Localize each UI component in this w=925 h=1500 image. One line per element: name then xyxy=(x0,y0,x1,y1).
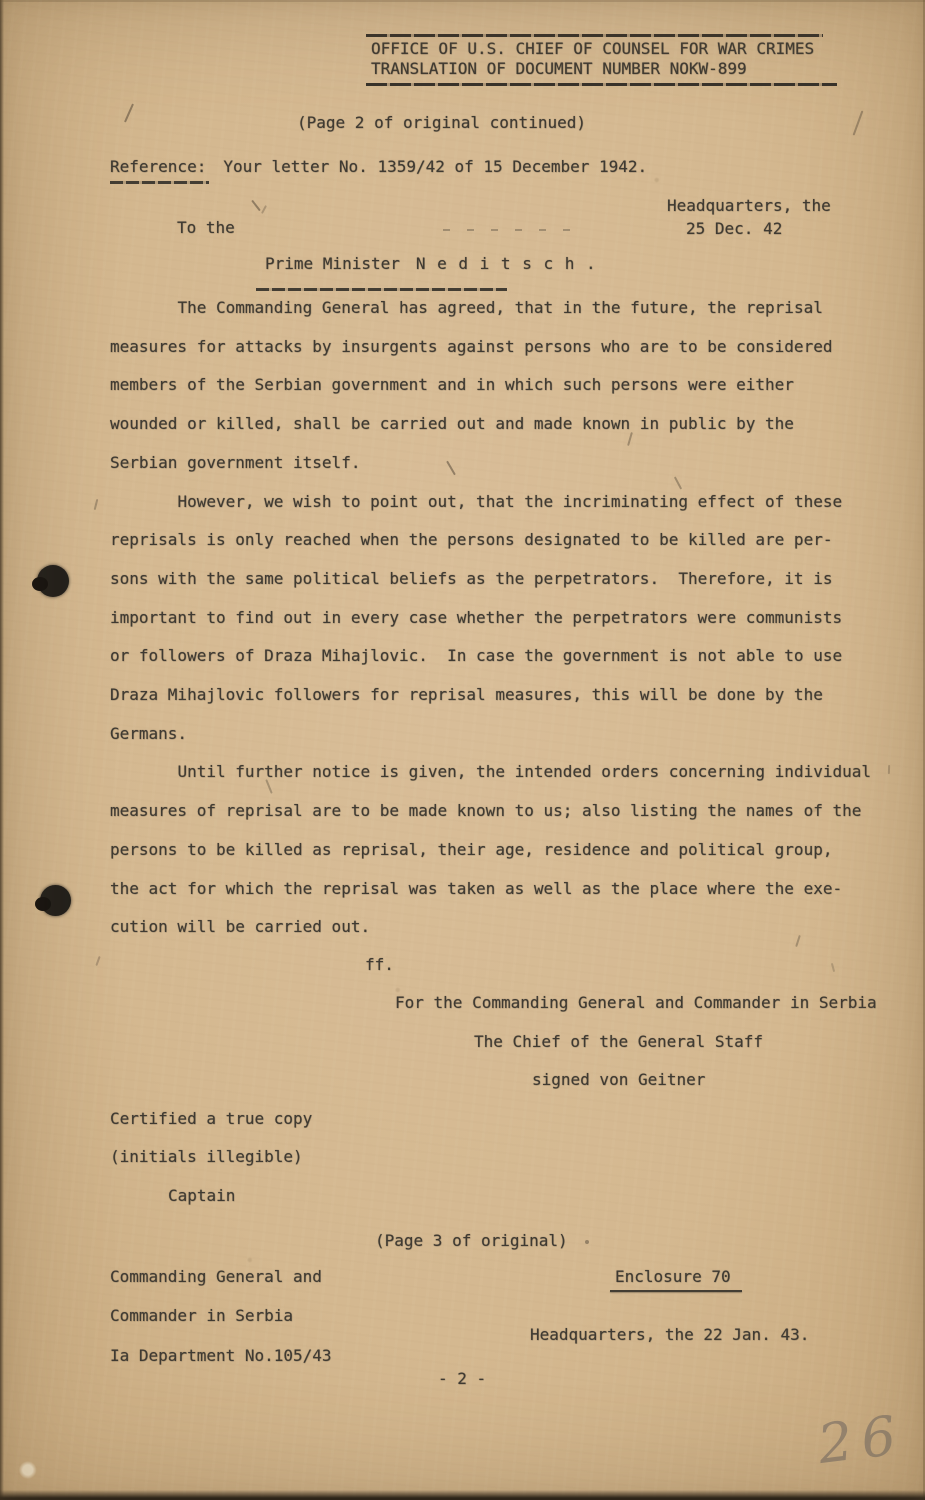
reference-text: Your letter No. 1359/42 of 15 December 1… xyxy=(223,157,647,176)
footer-commander-serbia: Commander in Serbia xyxy=(110,1297,293,1336)
stray-dot xyxy=(585,1240,589,1244)
footer-commanding-general: Commanding General and xyxy=(110,1258,322,1297)
signature-role-line: The Chief of the General Staff xyxy=(474,1023,763,1062)
paper-mark xyxy=(888,765,890,774)
letter-body: The Commanding General has agreed, that … xyxy=(110,289,910,947)
letterhead-top-rule xyxy=(366,34,823,37)
paper-mark xyxy=(124,103,134,122)
ff-abbreviation: ff. xyxy=(365,946,394,985)
paper-mark xyxy=(251,200,261,211)
paragraph-1: The Commanding General has agreed, that … xyxy=(110,289,910,483)
paper-mark xyxy=(261,205,267,214)
footer-headquarters-date: Headquarters, the 22 Jan. 43. xyxy=(530,1316,809,1355)
enclosure-underline xyxy=(610,1290,742,1292)
addressee-line: Prime MinisterN e d i t s c h . xyxy=(265,245,597,284)
paper-mark xyxy=(831,963,835,972)
hole-punch-top xyxy=(37,565,69,597)
page3-note: (Page 3 of original) xyxy=(375,1222,568,1261)
signature-name-line: signed von Geitner xyxy=(532,1061,705,1100)
handwritten-page-number: 26 xyxy=(814,1403,908,1476)
page-number: - 2 - xyxy=(438,1360,486,1399)
letterhead: OFFICE OF U.S. CHIEF OF COUNSEL FOR WAR … xyxy=(366,34,823,84)
page-edge-top xyxy=(0,0,925,2)
reference-label: Reference: xyxy=(110,157,206,176)
paper-mark xyxy=(94,499,99,510)
reference-underline xyxy=(110,181,209,184)
paper-mark xyxy=(853,110,864,135)
paragraph-3: Until further notice is given, the inten… xyxy=(110,753,910,947)
document-page: OFFICE OF U.S. CHIEF OF COUNSEL FOR WAR … xyxy=(0,0,925,1500)
page-continuation-note: (Page 2 of original continued) xyxy=(297,104,586,143)
paper-mark xyxy=(95,956,100,966)
letterhead-office-line: OFFICE OF U.S. CHIEF OF COUNSEL FOR WAR … xyxy=(371,39,823,59)
faded-type-marks xyxy=(443,229,581,231)
certified-copy-line: Certified a true copy xyxy=(110,1100,312,1139)
addressee-title: Prime Minister xyxy=(265,254,400,273)
signature-authority-line: For the Commanding General and Commander… xyxy=(395,984,877,1023)
letterhead-translation-line: TRANSLATION OF DOCUMENT NUMBER NOKW-899 xyxy=(371,59,823,79)
paragraph-2: However, we wish to point out, that the … xyxy=(110,483,910,754)
hole-punch-bottom xyxy=(40,885,71,916)
to-the-line: To the xyxy=(177,209,235,248)
captain-line: Captain xyxy=(168,1177,235,1216)
footer-department-number: Ia Department No.105/43 xyxy=(110,1337,332,1376)
page-edge-left xyxy=(0,0,4,1500)
page-edge-bottom xyxy=(0,1490,925,1500)
letterhead-bottom-rule xyxy=(366,83,837,86)
addressee-name: N e d i t s c h . xyxy=(416,254,597,273)
headquarters-date: 25 Dec. 42 xyxy=(686,210,782,249)
initials-illegible-line: (initials illegible) xyxy=(110,1138,303,1177)
